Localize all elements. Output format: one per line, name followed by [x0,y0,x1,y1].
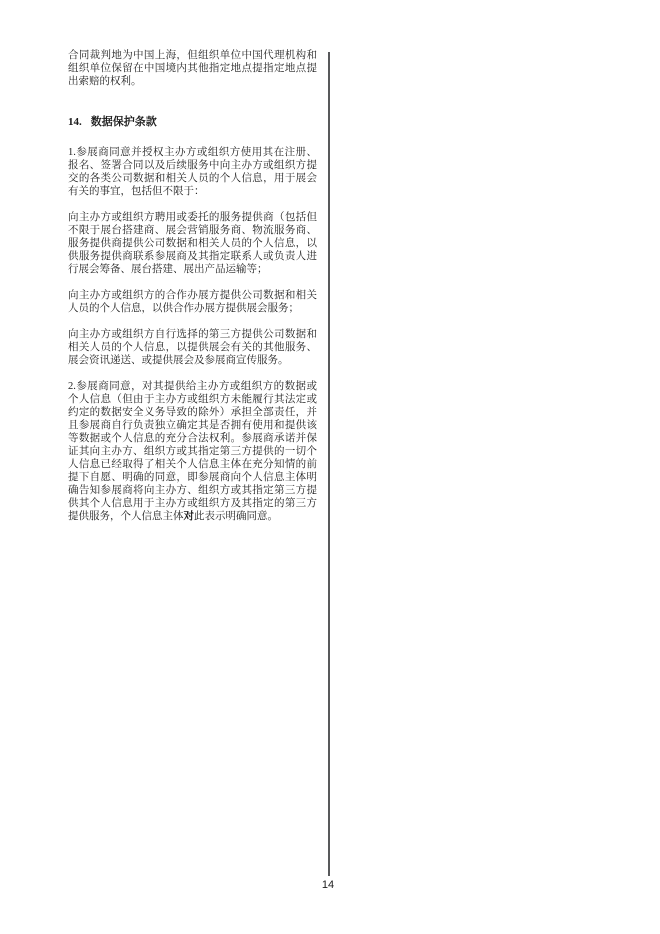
liability-text-part1: 2.参展商同意，对其提供给主办方或组织方的数据或个人信息（但由于主办方或组织方未… [68,381,317,522]
service-providers-paragraph: 向主办方或组织方聘用或委托的服务提供商（包括但不限于展台搭建商、展会营销服务商、… [68,211,317,276]
page-number: 14 [308,878,348,892]
jurisdiction-paragraph: 合同裁判地为中国上海，但组织单位中国代理机构和组织单位保留在中国境内其他指定地点… [68,49,317,88]
contract-text-column: 合同裁判地为中国上海，但组织单位中国代理机构和组织单位保留在中国境内其他指定地点… [68,49,317,523]
liability-paragraph: 2.参展商同意，对其提供给主办方或组织方的数据或个人信息（但由于主办方或组织方未… [68,380,317,523]
co-organizers-paragraph: 向主办方或组织方的合作办展方提供公司数据和相关人员的个人信息，以供合作办展方提供… [68,289,317,315]
liability-bold-char: 对 [184,511,195,522]
data-authorization-paragraph: 1.参展商同意并授权主办方或组织方使用其在注册、报名、签署合同以及后续服务中向主… [68,146,317,198]
liability-text-part2: 此表示明确同意。 [194,511,278,522]
section-heading: 14.数据保护条款 [68,116,317,129]
section-number: 14. [68,116,82,128]
section-title: 数据保护条款 [91,116,157,128]
document-page: 合同裁判地为中国上海，但组织单位中国代理机构和组织单位保留在中国境内其他指定地点… [0,0,660,934]
column-divider-line [328,52,330,876]
third-party-paragraph: 向主办方或组织方自行选择的第三方提供公司数据和相关人员的个人信息，以提供展会有关… [68,328,317,367]
